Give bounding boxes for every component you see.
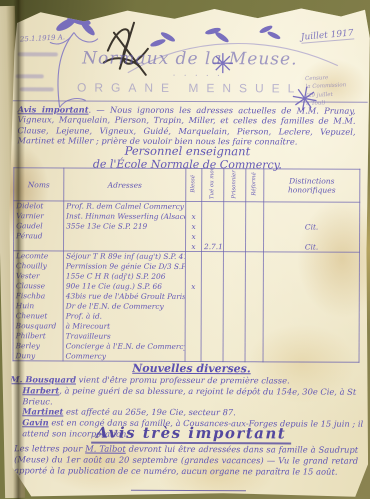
avis-important-label: Avis important <box>18 104 89 114</box>
table-cell-reforme <box>245 282 263 292</box>
news-person-name: Harbert <box>22 385 59 395</box>
table-cell-tue <box>201 302 223 312</box>
table-cell-prisonnier <box>224 222 246 232</box>
table-cell-prisonnier <box>223 312 245 322</box>
news-person-name: Martinet <box>22 407 63 417</box>
table-cell-distinction <box>263 262 359 272</box>
table-cell-reforme <box>245 242 263 252</box>
table-cell-blesse <box>185 351 201 361</box>
table-cell-reforme <box>245 322 263 332</box>
table-cell-prisonnier <box>223 322 245 332</box>
table-cell-prisonnier <box>223 272 245 282</box>
margin-date-annotation: 25.1.1919 A. <box>20 33 65 43</box>
news-item-text: est affecté au 265e, 19e Cie, secteur 87… <box>63 407 236 418</box>
table-cell-blesse <box>185 251 201 261</box>
table-cell-prisonnier <box>223 332 245 342</box>
table-cell-reforme <box>246 202 264 212</box>
table-cell-distinction <box>264 212 360 222</box>
table-cell-tue <box>201 342 223 352</box>
table-cell-tue: 2.7.16 <box>201 242 223 252</box>
table-cell-distinction <box>263 342 359 352</box>
table-cell-blesse: x <box>186 221 202 231</box>
table-body: DidelotProf. R. dem Calmel CommercyVarni… <box>13 201 360 363</box>
table-cell-address: Inst. Hinman Wesserling (Alsace) <box>64 211 186 222</box>
avis-important-paragraph: Avis important. — Nous ignorons les adre… <box>13 104 359 147</box>
table-cell-address: Permission 9e génie Cie D/3 S.P. 208 <box>63 261 185 272</box>
table-cell-prisonnier <box>223 342 245 352</box>
table-row: DunyCommercy <box>13 351 359 363</box>
table-cell-address: Travailleurs <box>63 331 185 342</box>
table-cell-address <box>63 241 185 252</box>
document-paper: 25.1.1919 A. Normaux de la Meuse. · · · … <box>6 2 370 499</box>
table-cell-reforme <box>245 352 263 362</box>
table-cell-reforme <box>246 232 264 242</box>
table-cell-prisonnier <box>223 282 245 292</box>
table-cell-tue <box>202 202 224 212</box>
table-cell-tue <box>202 232 224 242</box>
table-cell-address: 155e C H R (adj't) S.P. 206 <box>63 271 185 282</box>
table-cell-blesse: x <box>186 231 202 241</box>
table-cell-blesse <box>185 331 201 341</box>
column-header-reforme-label: Réformé <box>252 173 258 196</box>
table-cell-address <box>64 231 186 242</box>
table-cell-blesse: x <box>186 211 202 221</box>
table-cell-reforme <box>246 222 264 232</box>
column-header-tue: Tué ou mort <box>202 169 224 202</box>
table-cell-distinction <box>263 302 359 312</box>
table-cell-prisonnier <box>224 232 246 242</box>
news-item-text: , à peine guéri de sa blessure, a rejoin… <box>22 385 356 406</box>
table-cell-reforme <box>245 312 263 322</box>
table-cell-reforme <box>246 212 264 222</box>
table-cell-blesse <box>185 291 201 301</box>
avis-tres-important-title: Avis très important <box>91 424 291 445</box>
issue-date: Juillet 1917 <box>301 28 354 43</box>
table-cell-tue <box>201 292 223 302</box>
table-cell-prisonnier <box>224 212 246 222</box>
table-cell-distinction <box>263 312 359 322</box>
table-cell-reforme <box>245 342 263 352</box>
table-cell-prisonnier <box>224 202 246 212</box>
table-cell-blesse: x <box>185 281 201 291</box>
table-cell-distinction <box>264 232 360 242</box>
table-cell-address: 43bis rue de l'Abbé Groult Paris <box>63 291 185 302</box>
header-divider-rule <box>12 100 368 103</box>
table-cell-address: Commercy <box>63 351 185 362</box>
news-item-text: vient d'être promu professeur de premièr… <box>76 375 290 386</box>
table-cell-distinction <box>263 352 359 362</box>
table-cell-distinction <box>263 322 359 332</box>
table-cell-reforme <box>245 262 263 272</box>
table-cell-distinction <box>263 272 359 282</box>
column-header-blesse-label: Blessé <box>191 175 196 193</box>
table-cell-prisonnier <box>223 302 245 312</box>
table-cell-address: Prof. à id. <box>63 311 185 322</box>
table-cell-address: à Mirecourt <box>63 321 185 332</box>
table-cell-prisonnier <box>223 292 245 302</box>
table-cell-reforme <box>245 252 263 262</box>
table-cell-reforme <box>245 332 263 342</box>
personnel-table: Noms Adresses Blessé Tué ou mort Prisonn… <box>13 167 361 363</box>
table-cell-distinction: Cit. <box>264 222 360 232</box>
table-cell-address: 90e 11e Cie (aug.) S.P. 66 <box>63 281 185 292</box>
table-cell-address: Concierge à l'E.N. de Commercy <box>63 341 185 352</box>
table-cell-reforme <box>245 302 263 312</box>
table-cell-tue <box>201 262 223 272</box>
masthead-subtitle: ORGANE MENSUEL <box>60 80 320 95</box>
masthead-dots: · · · · · <box>158 71 238 80</box>
table-cell-blesse <box>185 261 201 271</box>
page-crease-shadow <box>13 0 25 499</box>
table-cell-distinction <box>263 332 359 342</box>
table-cell-tue <box>201 252 223 262</box>
column-header-tue-label: Tué ou mort <box>210 169 216 199</box>
table-cell-tue <box>201 322 223 332</box>
table-cell-distinction <box>263 282 359 292</box>
table-cell-address: Séjour T R 89e inf (aug't) S.P. 41 <box>63 251 185 262</box>
table-cell-reforme <box>245 272 263 282</box>
table-cell-distinction <box>263 292 359 302</box>
column-header-blesse: Blessé <box>186 168 202 201</box>
avis-tres-important-paragraph: Les lettres pour M. Talbot devront lui ê… <box>10 443 362 477</box>
table-cell-blesse <box>186 201 202 211</box>
photo-of-document: { "palette": { "backdrop": "#7a7944", "p… <box>0 0 370 499</box>
table-cell-blesse <box>185 301 201 311</box>
closing-rule <box>131 490 246 492</box>
personnel-heading-line1: Personnel enseignant <box>37 143 337 158</box>
table-cell-distinction <box>264 202 360 212</box>
table-cell-address: Dr de l'E.N. de Commercy <box>63 301 185 312</box>
column-header-distinctions: Distinctions honorifiques <box>264 169 360 202</box>
table-cell-tue <box>201 332 223 342</box>
table-cell-tue <box>201 312 223 322</box>
news-item: Harbert, à peine guéri de sa blessure, a… <box>10 385 366 408</box>
column-header-reforme: Réformé <box>246 169 264 202</box>
table-cell-reforme <box>245 292 263 302</box>
table-cell-prisonnier <box>223 262 245 272</box>
news-person-name: Gavin <box>22 417 49 427</box>
table-cell-address: 355e 13e Cie S.P. 219 <box>64 221 186 232</box>
column-header-prisonnier: Prisonnier <box>224 169 246 202</box>
column-header-adresses: Adresses <box>64 168 186 202</box>
table-cell-blesse <box>185 271 201 281</box>
table-cell-blesse <box>185 341 201 351</box>
table-cell-distinction <box>263 252 359 262</box>
paper-content: 25.1.1919 A. Normaux de la Meuse. · · · … <box>6 2 370 499</box>
nouvelles-diverses-title: Nouvelles diverses. <box>116 362 266 376</box>
table-cell-tue <box>202 222 224 232</box>
table-cell-distinction: Cit. <box>263 242 359 252</box>
table-cell-address: Prof. R. dem Calmel Commercy <box>64 201 186 212</box>
avis2-person-name: M. Talbot <box>85 444 126 454</box>
table-cell-prisonnier <box>223 242 245 252</box>
column-header-prisonnier-label: Prisonnier <box>232 170 238 198</box>
table-cell-tue <box>201 352 223 362</box>
masthead-title: Normaux de la Meuse. <box>70 48 310 69</box>
table-cell-prisonnier <box>223 352 245 362</box>
table-cell-blesse <box>185 311 201 321</box>
table-cell-prisonnier <box>223 252 245 262</box>
table-cell-blesse <box>185 321 201 331</box>
table-header-row: Noms Adresses Blessé Tué ou mort Prisonn… <box>14 168 360 203</box>
table-cell-tue <box>201 282 223 292</box>
table-cell-tue <box>201 272 223 282</box>
table-cell-tue <box>202 212 224 222</box>
table-cell-blesse: x <box>185 241 201 251</box>
